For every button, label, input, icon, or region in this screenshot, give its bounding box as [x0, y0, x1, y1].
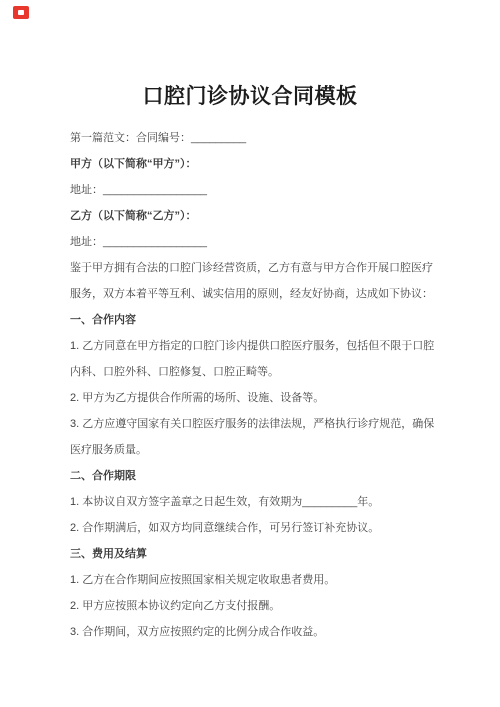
paragraph: 鉴于甲方拥有合法的口腔门诊经营资质，乙方有意与甲方合作开展口腔医疗服务，双方本着… [70, 255, 438, 307]
section-heading: 一、合作内容 [70, 307, 438, 333]
paragraph: 地址：_________________ [70, 177, 438, 203]
section-heading: 三、费用及结算 [70, 541, 438, 567]
paragraph: 2. 甲方应按照本协议约定向乙方支付报酬。 [70, 593, 438, 619]
paragraph: 1. 乙方同意在甲方指定的口腔门诊内提供口腔医疗服务，包括但不限于口腔内科、口腔… [70, 333, 438, 385]
badge-glyph [18, 10, 24, 15]
paragraph: 3. 合作期间，双方应按照约定的比例分成合作收益。 [70, 619, 438, 645]
section-heading: 二、合作期限 [70, 463, 438, 489]
paragraph: 1. 乙方在合作期间应按照国家相关规定收取患者费用。 [70, 567, 438, 593]
paragraph: 1. 本协议自双方签字盖章之日起生效，有效期为_________年。 [70, 489, 438, 515]
paragraph: 2. 甲方为乙方提供合作所需的场所、设施、设备等。 [70, 385, 438, 411]
contract-body: 第一篇范文：合同编号：_________甲方（以下简称“甲方”）：地址：____… [0, 110, 500, 645]
paragraph: 2. 合作期满后，如双方均同意继续合作，可另行签订补充协议。 [70, 515, 438, 541]
page: 口腔门诊协议合同模板 第一篇范文：合同编号：_________甲方（以下简称“甲… [0, 0, 500, 707]
paragraph: 3. 乙方应遵守国家有关口腔医疗服务的法律法规，严格执行诊疗规范，确保医疗服务质… [70, 411, 438, 463]
corner-badge-icon [13, 6, 29, 19]
document-title: 口腔门诊协议合同模板 [0, 83, 500, 110]
party-line: 甲方（以下简称“甲方”）： [70, 151, 438, 177]
party-line: 乙方（以下简称“乙方”）： [70, 203, 438, 229]
paragraph: 第一篇范文：合同编号：_________ [70, 125, 438, 151]
paragraph: 地址：_________________ [70, 229, 438, 255]
